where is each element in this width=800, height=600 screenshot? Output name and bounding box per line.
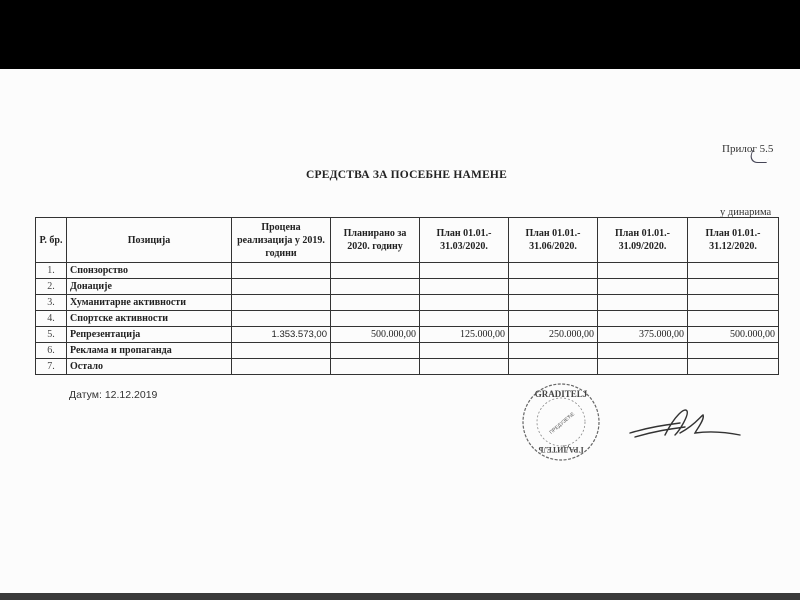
value-q3 [598,263,688,279]
header-plan-q3: План 01.01.- 31.09/2020. [598,218,688,263]
header-row-number: Р. бр. [36,218,67,263]
table-header-row: Р. бр. Позиција Процена реализација у 20… [36,218,779,263]
value-est-2019 [232,279,331,295]
header-estimate-2019: Процена реализација у 2019. години [232,218,331,263]
bottom-border [0,593,800,600]
value-q3 [598,343,688,359]
value-plan-2020 [331,343,420,359]
value-est-2019 [232,263,331,279]
value-q4 [688,279,779,295]
value-q2 [509,311,598,327]
value-q2 [509,263,598,279]
header-plan-q2: План 01.01.- 31.06/2020. [509,218,598,263]
value-est-2019: 1.353.573,00 [232,327,331,343]
position-name: Репрезентација [67,327,232,343]
value-q3 [598,295,688,311]
value-q1 [420,359,509,375]
position-name: Остало [67,359,232,375]
value-q4: 500.000,00 [688,327,779,343]
budget-table: Р. бр. Позиција Процена реализација у 20… [35,217,779,375]
value-plan-2020 [331,279,420,295]
value-plan-2020 [331,263,420,279]
svg-text:GRADITELJ: GRADITELJ [535,389,588,399]
position-name: Реклама и пропаганда [67,343,232,359]
signature-icon [625,405,745,445]
value-q1: 125.000,00 [420,327,509,343]
row-number: 5. [36,327,67,343]
header-plan-q4: План 01.01.- 31.12/2020. [688,218,779,263]
date-label: Датум: 12.12.2019 [69,389,157,401]
value-q4 [688,359,779,375]
header-plan-q1: План 01.01.- 31.03/2020. [420,218,509,263]
value-plan-2020 [331,359,420,375]
value-q4 [688,295,779,311]
value-q2: 250.000,00 [509,327,598,343]
value-q4 [688,343,779,359]
header-position: Позиција [67,218,232,263]
value-q3 [598,279,688,295]
row-number: 2. [36,279,67,295]
table-row: 4.Спортске активности [36,311,779,327]
svg-text:ГРАДИТЕЉ: ГРАДИТЕЉ [538,445,583,454]
row-number: 6. [36,343,67,359]
value-q4 [688,263,779,279]
row-number: 3. [36,295,67,311]
value-q2 [509,279,598,295]
table-row: 7.Остало [36,359,779,375]
table-row: 1.Спонзорство [36,263,779,279]
value-q1 [420,263,509,279]
value-plan-2020: 500.000,00 [331,327,420,343]
value-q2 [509,343,598,359]
position-name: Донације [67,279,232,295]
table-row: 2.Донације [36,279,779,295]
position-name: Спонзорство [67,263,232,279]
value-plan-2020 [331,311,420,327]
position-name: Спортске активности [67,311,232,327]
row-number: 7. [36,359,67,375]
row-number: 4. [36,311,67,327]
value-q4 [688,311,779,327]
value-q3: 375.000,00 [598,327,688,343]
company-stamp-icon: GRADITELJ ГРАДИТЕЉ ПРЕДУЗЕЋЕ [519,380,603,464]
value-q1 [420,311,509,327]
value-q3 [598,311,688,327]
table-row: 5.Репрезентација1.353.573,00500.000,0012… [36,327,779,343]
value-est-2019 [232,343,331,359]
value-q1 [420,279,509,295]
document-title: СРЕДСТВА ЗА ПОСЕБНЕ НАМЕНЕ [306,169,507,181]
value-est-2019 [232,311,331,327]
value-est-2019 [232,295,331,311]
row-number: 1. [36,263,67,279]
value-q1 [420,343,509,359]
position-name: Хуманитарне активности [67,295,232,311]
value-q3 [598,359,688,375]
value-plan-2020 [331,295,420,311]
table-row: 6.Реклама и пропаганда [36,343,779,359]
table-row: 3.Хуманитарне активности [36,295,779,311]
header-planned-2020: Планирано за 2020. годину [331,218,420,263]
value-q2 [509,359,598,375]
value-q1 [420,295,509,311]
svg-text:ПРЕДУЗЕЋЕ: ПРЕДУЗЕЋЕ [549,411,577,436]
value-est-2019 [232,359,331,375]
value-q2 [509,295,598,311]
